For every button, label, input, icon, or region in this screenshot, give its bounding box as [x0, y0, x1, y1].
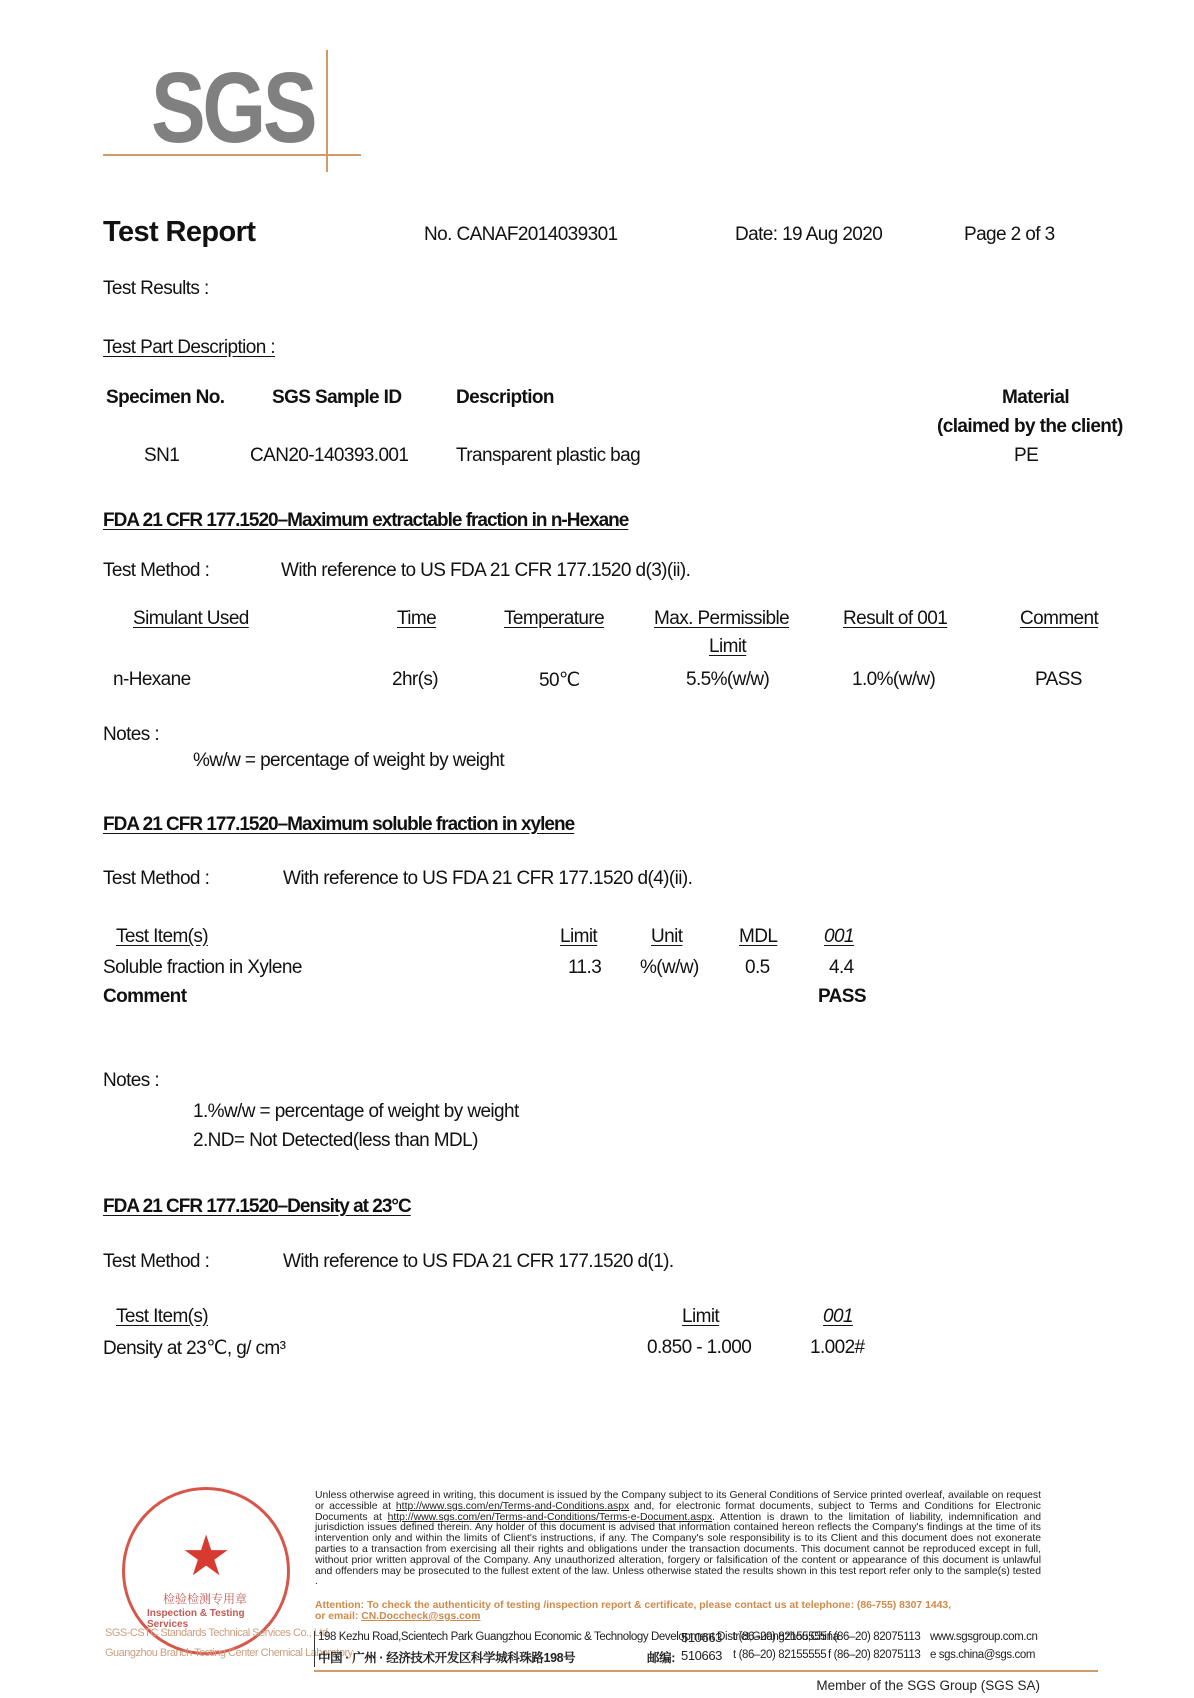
- comment-value: PASS: [1035, 669, 1082, 691]
- limit-value: 5.5%(w/w): [686, 669, 769, 691]
- col-limit: Limit: [560, 926, 597, 948]
- section2-heading: FDA 21 CFR 177.1520–Maximum soluble frac…: [103, 814, 574, 836]
- contact-email-link[interactable]: e sgs.china@sgs.com: [930, 1649, 1035, 1661]
- fax: f (86–20) 82075113: [828, 1649, 920, 1661]
- col-sample-001: 001: [823, 1306, 853, 1328]
- postcode-en: 510663: [681, 1630, 722, 1645]
- section1-notes-label: Notes :: [103, 724, 159, 746]
- col-material-note: (claimed by the client): [937, 416, 1123, 438]
- col-description: Description: [456, 387, 554, 409]
- authenticity-notice: Attention: To check the authenticity of …: [315, 1600, 1055, 1622]
- test-item-value: Soluble fraction in Xylene: [103, 957, 302, 979]
- col-simulant: Simulant Used: [133, 608, 249, 630]
- col-comment: Comment: [1020, 608, 1098, 630]
- col-temperature: Temperature: [504, 608, 604, 630]
- postcode-cn-label: 邮编:: [647, 1648, 675, 1666]
- limit-value: 0.850 - 1.000: [647, 1337, 751, 1359]
- col-limit: Limit: [709, 636, 746, 658]
- test-results-label: Test Results :: [103, 278, 209, 300]
- limit-value: 11.3: [568, 957, 601, 979]
- time-value: 2hr(s): [392, 669, 438, 691]
- section3-method-label: Test Method :: [103, 1251, 209, 1273]
- mdl-value: 0.5: [745, 957, 770, 979]
- col-limit: Limit: [682, 1306, 719, 1328]
- test-item-value: Density at 23℃, g/ cm³: [103, 1337, 285, 1360]
- report-title: Test Report: [103, 216, 255, 249]
- attention-email-prefix: or email:: [315, 1611, 361, 1622]
- doccheck-email-link[interactable]: CN.Doccheck@sgs.com: [361, 1611, 480, 1622]
- terms-e-document-link[interactable]: http://www.sgs.com/en/Terms-and-Conditio…: [388, 1512, 713, 1523]
- temperature-value: 50℃: [539, 669, 580, 692]
- star-icon: ★: [181, 1528, 231, 1584]
- specimen-value: SN1: [144, 445, 179, 467]
- postcode-cn: 510663: [681, 1648, 722, 1663]
- col-test-item: Test Item(s): [116, 1306, 208, 1328]
- terms-link[interactable]: http://www.sgs.com/en/Terms-and-Conditio…: [396, 1501, 629, 1512]
- footer-separator: [314, 1670, 1098, 1672]
- stamp-company-line2: Guangzhou Branch Testing Center Chemical…: [105, 1647, 353, 1659]
- attention-text: Attention: To check the authenticity of …: [315, 1600, 1055, 1611]
- section1-method: With reference to US FDA 21 CFR 177.1520…: [281, 560, 690, 582]
- address-divider: [314, 1631, 315, 1667]
- col-test-item: Test Item(s): [116, 926, 208, 948]
- comment-value: PASS: [818, 986, 866, 1008]
- sample-id-value: CAN20-140393.001: [250, 445, 408, 467]
- footer-disclaimer: Unless otherwise agreed in writing, this…: [315, 1491, 1041, 1588]
- col-sample-id: SGS Sample ID: [272, 387, 401, 409]
- report-date: Date: 19 Aug 2020: [735, 224, 882, 246]
- stamp-chinese: 检验检测专用章: [163, 1590, 247, 1607]
- section2-note-2: 2.ND= Not Detected(less than MDL): [193, 1130, 478, 1152]
- section2-notes-label: Notes :: [103, 1070, 159, 1092]
- member-statement: Member of the SGS Group (SGS SA): [816, 1678, 1040, 1693]
- part-description-heading: Test Part Description :: [103, 337, 275, 359]
- col-unit: Unit: [651, 926, 682, 948]
- section1-note: %w/w = percentage of weight by weight: [193, 750, 504, 772]
- logo-vertical-rule: [326, 50, 328, 172]
- comment-label: Comment: [103, 986, 186, 1008]
- stamp-company-line1: SGS-CSTC Standards Technical Services Co…: [105, 1627, 330, 1639]
- section3-heading: FDA 21 CFR 177.1520–Density at 23°C: [103, 1196, 411, 1218]
- result-value: 1.002#: [810, 1337, 865, 1359]
- section1-method-label: Test Method :: [103, 560, 209, 582]
- logo-horizontal-rule: [103, 154, 361, 156]
- result-value: 1.0%(w/w): [852, 669, 935, 691]
- description-value: Transparent plastic bag: [456, 445, 640, 467]
- telephone: t (86–20) 82155555: [733, 1649, 826, 1661]
- address-cn: 中国 · 广州 · 经济技术开发区科学城科珠路198号: [318, 1648, 575, 1666]
- section2-note-1: 1.%w/w = percentage of weight by weight: [193, 1101, 519, 1123]
- report-number: No. CANAF2014039301: [424, 224, 618, 246]
- section1-heading: FDA 21 CFR 177.1520–Maximum extractable …: [103, 510, 628, 532]
- material-value: PE: [1014, 445, 1038, 467]
- section2-method: With reference to US FDA 21 CFR 177.1520…: [283, 868, 692, 890]
- website-link[interactable]: www.sgsgroup.com.cn: [930, 1631, 1037, 1643]
- logo-text: SGS: [151, 58, 314, 158]
- result-value: 4.4: [829, 957, 854, 979]
- section3-method: With reference to US FDA 21 CFR 177.1520…: [283, 1251, 674, 1273]
- page-indicator: Page 2 of 3: [964, 224, 1055, 246]
- section2-method-label: Test Method :: [103, 868, 209, 890]
- col-mdl: MDL: [739, 926, 777, 948]
- col-sample-001: 001: [824, 926, 854, 948]
- sgs-logo: SGS: [103, 50, 361, 175]
- unit-value: %(w/w): [640, 957, 699, 979]
- col-result: Result of 001: [843, 608, 947, 630]
- telephone: t (86–20) 82155555: [733, 1631, 826, 1643]
- disclaimer-text: . Attention is drawn to the limitation o…: [315, 1512, 1041, 1588]
- col-material: Material: [1002, 387, 1069, 409]
- col-specimen-no: Specimen No.: [106, 387, 224, 409]
- col-max-permissible: Max. Permissible: [654, 608, 789, 630]
- fax: f (86–20) 82075113: [828, 1631, 920, 1643]
- col-time: Time: [397, 608, 436, 630]
- simulant-value: n-Hexane: [113, 669, 191, 691]
